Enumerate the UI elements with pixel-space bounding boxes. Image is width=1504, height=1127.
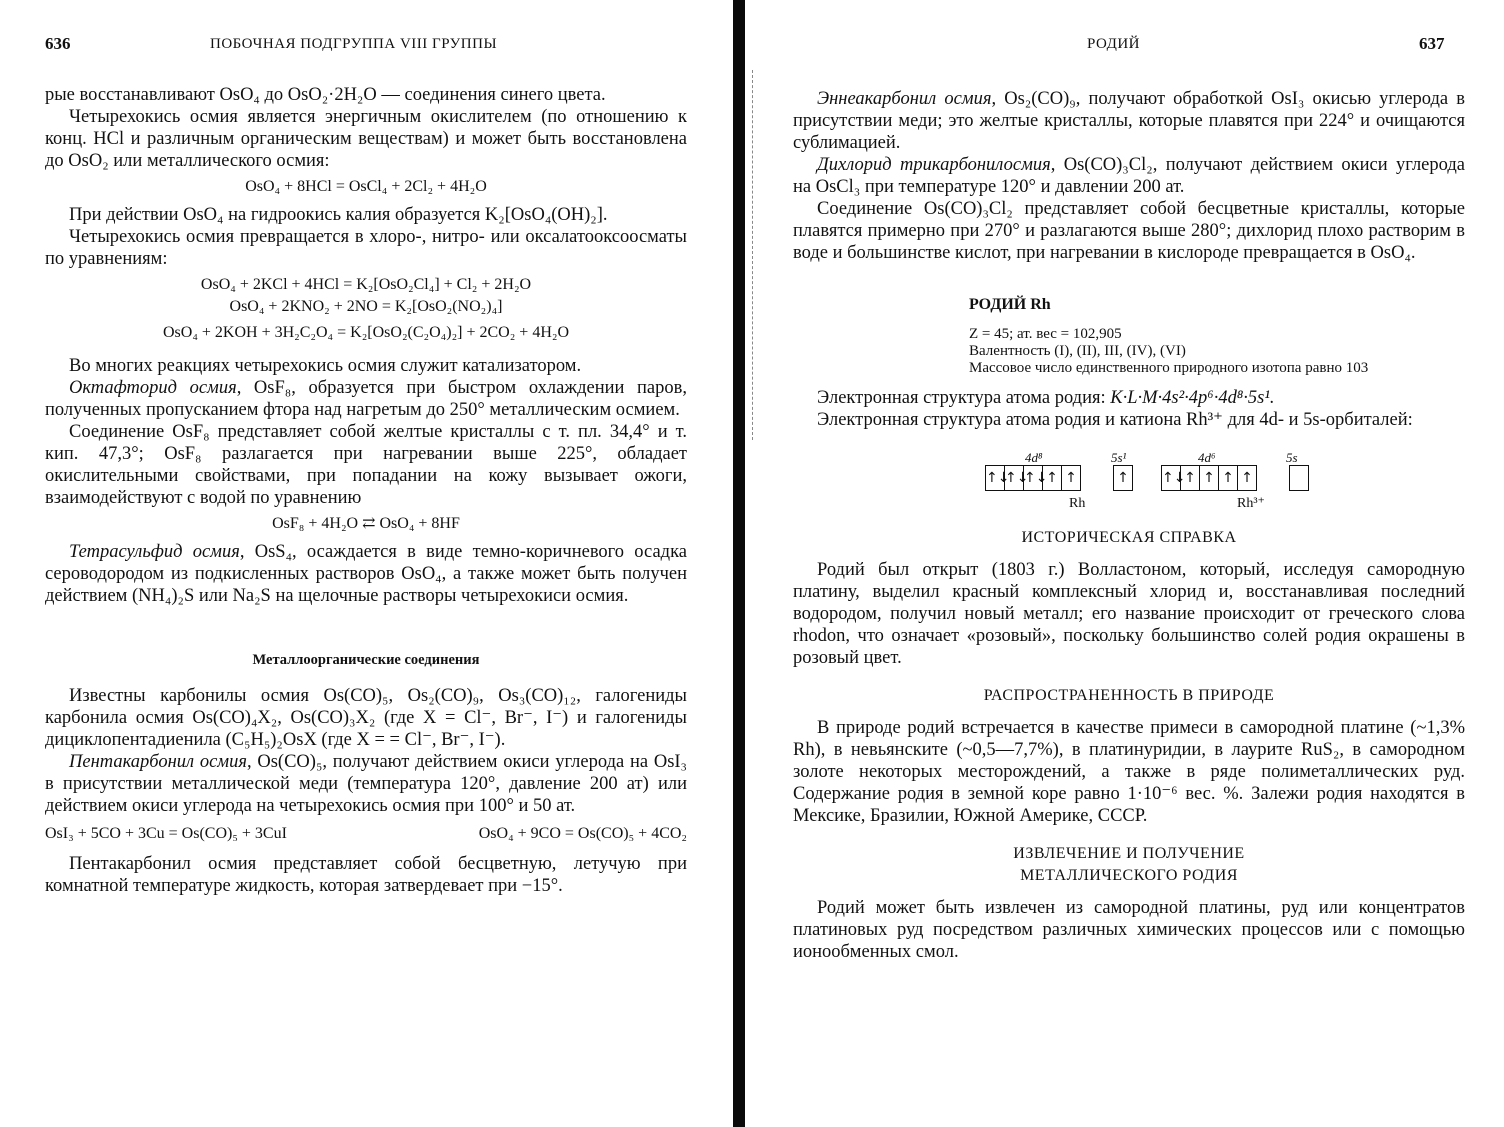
orbital-box: ↑ [1219,466,1238,490]
electron-formula: K·L·M·4s²·4p⁶·4d⁸·5s¹. [1110,388,1274,408]
page-number: 636 [45,34,71,54]
equation: OsF₈ + 4H₂O ⇄ OsO₄ + 8HF [45,513,687,535]
section-heading: РАСПРОСТРАНЕННОСТЬ В ПРИРОДЕ [793,685,1465,707]
right-text-column: Эннеакарбонил осмия, Os₂(CO)₉, получают … [793,88,1465,963]
orbital-caption: Rh³⁺ [1237,493,1265,515]
paragraph: Во многих реакциях четырехокись осмия сл… [45,355,687,377]
element-heading: РОДИЙ Rh [969,294,1465,316]
paragraph: Эннеакарбонил осмия, Os₂(CO)₉, получают … [793,88,1465,154]
paragraph: Тетрасульфид осмия, OsS₄, осаждается в в… [45,541,687,607]
equation: OsO₄ + 2KCl + 4HCl = K₂[OsO₂Cl₄] + Cl₂ +… [45,274,687,296]
compound-name: Дихлорид трикарбонилосмия [817,155,1051,175]
valence: Валентность (I), (II), III, (IV), (VI) [969,343,1389,360]
paragraph: Соединение Os(CO)₃Cl₂ представляет собой… [793,198,1465,264]
equation: OsO₄ + 2KNO₂ + 2NO = K₂[OsO₂(NO₂)₄] [45,296,687,318]
book-spine [733,0,745,1127]
orbital-box: ↑ [1062,466,1080,490]
paragraph: Родий может быть извлечен из самородной … [793,897,1465,963]
paragraph: Известны карбонилы осмия Os(CO)₅, Os₂(CO… [45,685,687,751]
equation: OsO₄ + 2KOH + 3H₂C₂O₄ = K₂[OsO₂(C₂O₄)₂] … [45,322,687,344]
equation: OsO₄ + 8HCl = OsCl₄ + 2Cl₂ + 4H₂O [45,176,687,198]
compound-name: Октафторид осмия [69,378,237,398]
orbital-diagram: 4d⁸ 5s¹ 4d⁶ 5s ↑↓ ↑↓ ↑↓ ↑ ↑ ↑ ↑↓ ↑ ↑ ↑ ↑ [793,447,1465,513]
orbital-box [1290,466,1308,490]
orbital-box: ↑↓ [1162,466,1181,490]
orbital-caption: Rh [1069,493,1085,515]
rh3-5s-boxes [1289,465,1309,491]
rh3-4d-boxes: ↑↓ ↑ ↑ ↑ ↑ [1161,465,1257,491]
equation: OsI₃ + 5CO + 3Cu = Os(CO)₅ + 3CuI [45,823,287,845]
paragraph: Соединение OsF₈ представляет собой желты… [45,421,687,509]
orbital-box: ↑ [1114,466,1132,490]
right-page: РОДИЙ 637 Эннеакарбонил осмия, Os₂(CO)₉,… [745,0,1504,1127]
orbital-box: ↑ [1043,466,1062,490]
paragraph: При действии OsO₄ на гидроокись калия об… [45,204,687,226]
orbital-box: ↑ [1200,466,1219,490]
isotope-note: Массовое число единственного природного … [969,360,1389,377]
left-page: 636 ПОБОЧНАЯ ПОДГРУППА VIII ГРУППЫ рые в… [0,0,735,1127]
paragraph: Четырехокись осмия является энергичным о… [45,106,687,172]
rh-5s-boxes: ↑ [1113,465,1133,491]
orbital-box: ↑↓ [1024,466,1043,490]
compound-name: Пентакарбонил осмия [69,752,247,772]
page-number: 637 [1419,34,1445,54]
paragraph: Родий был открыт (1803 г.) Волластоном, … [793,559,1465,669]
subsection-heading: Металлоорганические соединения [45,649,687,671]
orbital-box: ↑ [1238,466,1256,490]
atomic-data: Z = 45; ат. вес = 102,905 [969,326,1389,343]
orbital-box: ↑↓ [1005,466,1024,490]
paragraph: В природе родий встречается в качестве п… [793,717,1465,827]
paragraph: рые восстанавливают OsO₄ до OsO₂·2H₂O — … [45,84,687,106]
compound-name: Тетрасульфид осмия [69,542,240,562]
section-heading: МЕТАЛЛИЧЕСКОГО РОДИЯ [793,865,1465,887]
orbital-box: ↑ [1181,466,1200,490]
paragraph: Электронная структура атома родия и кати… [793,409,1465,431]
paragraph: Октафторид осмия, OsF₈, образуется при б… [45,377,687,421]
running-head: ПОБОЧНАЯ ПОДГРУППА VIII ГРУППЫ [210,36,497,53]
left-text-column: рые восстанавливают OsO₄ до OsO₂·2H₂O — … [45,84,687,897]
rh-4d-boxes: ↑↓ ↑↓ ↑↓ ↑ ↑ [985,465,1081,491]
element-properties: Z = 45; ат. вес = 102,905 Валентность (I… [969,326,1389,377]
paragraph: Пентакарбонил осмия, Os(CO)₅, получают д… [45,751,687,817]
equation-pair: OsI₃ + 5CO + 3Cu = Os(CO)₅ + 3CuI OsO₄ +… [45,823,687,845]
section-heading: ИСТОРИЧЕСКАЯ СПРАВКА [793,527,1465,549]
orbital-box: ↑↓ [986,466,1005,490]
paragraph: Пентакарбонил осмия представляет собой б… [45,853,687,897]
running-head: РОДИЙ [1087,36,1140,53]
equation: OsO₄ + 9CO = Os(CO)₅ + 4CO₂ [479,823,687,845]
paragraph: Четырехокись осмия превращается в хлоро-… [45,226,687,270]
compound-name: Эннеакарбонил осмия [817,89,991,109]
paragraph: Электронная структура атома родия: K·L·M… [793,387,1465,409]
section-heading: ИЗВЛЕЧЕНИЕ И ПОЛУЧЕНИЕ [793,843,1465,865]
paragraph: Дихлорид трикарбонилосмия, Os(CO)₃Cl₂, п… [793,154,1465,198]
